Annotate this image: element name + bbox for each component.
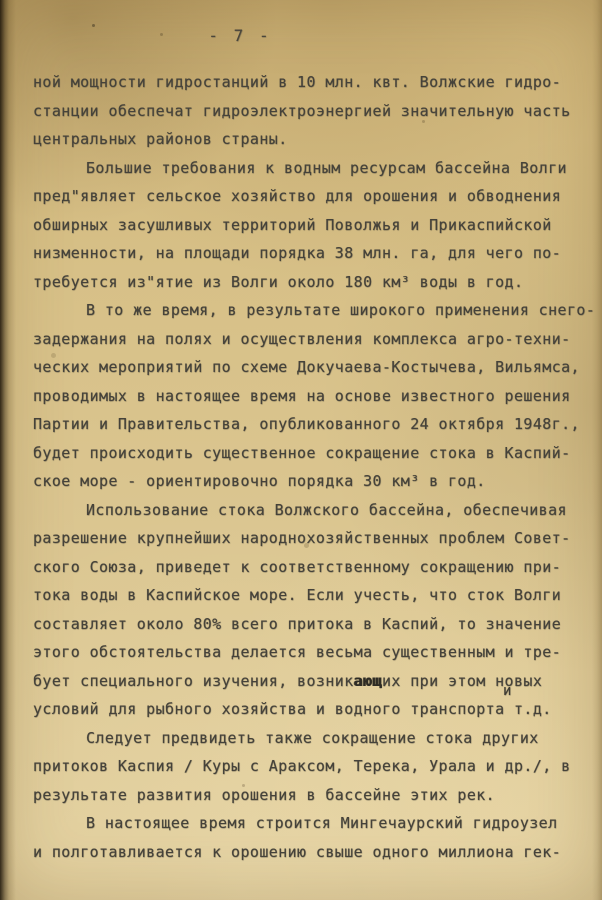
line-text: их при этом новых: [382, 672, 542, 690]
text-line-with-insertion: условий для рыбного хозяйства и водного …: [33, 695, 579, 724]
text-line: центральных районов страны.: [33, 125, 579, 154]
document-body: ной мощности гидростанций в 10 млн. квт.…: [33, 68, 579, 866]
text-line-paragraph-start: Большие требования к водным ресурсам бас…: [33, 154, 579, 183]
page-number: - 7 -: [0, 26, 480, 45]
text-line: разрешение крупнейших народнохозяйственн…: [33, 524, 579, 553]
page-right-edge-shadow: [592, 0, 602, 900]
text-line: будет происходить существенное сокращени…: [33, 439, 579, 468]
text-line: ское море - ориентировочно порядка 30 км…: [33, 467, 579, 496]
text-line: тока воды в Каспийское море. Если учесть…: [33, 581, 579, 610]
overtyped-correction: ающ: [354, 672, 382, 690]
text-line: требуется из"ятие из Волги около 180 км³…: [33, 268, 579, 297]
text-line: проводимых в настоящее время на основе и…: [33, 382, 579, 411]
text-line: и полготавливается к орошению свыше одно…: [33, 838, 579, 867]
line-text: условий для рыбного хозяйства и водного …: [33, 700, 552, 718]
text-line: Партии и Правительства, опубликованного …: [33, 410, 579, 439]
text-line-with-overtype: бует специального изучения, возникающих …: [33, 667, 579, 696]
text-line: задержания на полях и осуществления комп…: [33, 325, 579, 354]
text-line: ческих мероприятий по схеме Докучаева-Ко…: [33, 353, 579, 382]
text-line: пред"являет сельское хозяйство для ороше…: [33, 182, 579, 211]
page-left-edge-shadow: [0, 0, 16, 900]
text-line: составляет около 80% всего притока в Кас…: [33, 610, 579, 639]
text-line: низменности, на площади порядка 38 млн. …: [33, 239, 579, 268]
text-line-paragraph-start: В то же время, в результате широкого при…: [33, 296, 579, 325]
text-line: ной мощности гидростанций в 10 млн. квт.…: [33, 68, 579, 97]
text-line: результате развития орошения в бассейне …: [33, 781, 579, 810]
text-line-paragraph-start: Следует предвидеть также сокращение сток…: [33, 724, 579, 753]
superscript-insertion-mark: и: [503, 683, 512, 699]
text-line: обширных засушливых территорий Поволжья …: [33, 211, 579, 240]
text-line-paragraph-start: Использование стока Волжского бассейна, …: [33, 496, 579, 525]
scanned-document-page: - 7 - ной мощности гидростанций в 10 млн…: [0, 0, 602, 900]
line-text: бует специального изучения, возник: [33, 672, 354, 690]
text-line: этого обстоятельства делается весьма сущ…: [33, 638, 579, 667]
text-line: станции обеспечат гидроэлектроэнергией з…: [33, 97, 579, 126]
text-line-paragraph-start: В настоящее время строится Мингечаурский…: [33, 809, 579, 838]
text-line: притоков Каспия / Куры с Араксом, Терека…: [33, 752, 579, 781]
text-line: ского Союза, приведет к соответственному…: [33, 553, 579, 582]
